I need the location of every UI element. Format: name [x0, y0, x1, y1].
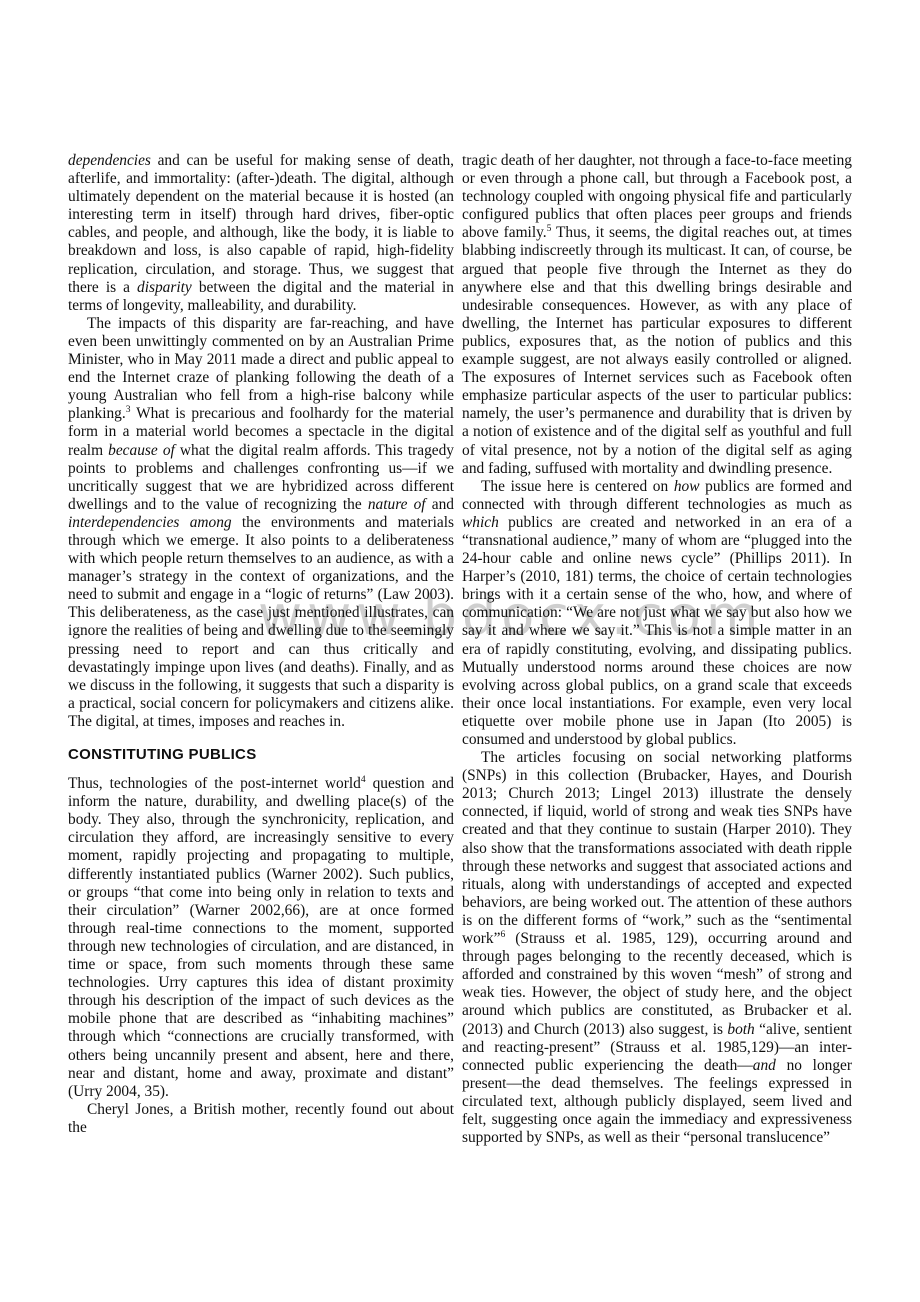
- text-segment: dependencies: [68, 152, 151, 169]
- paragraph: tragic death of her daughter, not throug…: [462, 152, 852, 478]
- text-segment: and can be useful for making sense of de…: [68, 152, 454, 296]
- paragraph: Cheryl Jones, a British mother, recently…: [68, 1101, 454, 1137]
- text-segment: because of: [108, 442, 175, 459]
- section-heading: CONSTITUTING PUBLICS: [68, 746, 454, 764]
- text-segment: which: [462, 514, 499, 531]
- text-segment: Cheryl Jones, a British mother, recently…: [68, 1101, 454, 1136]
- text-segment: both: [727, 1021, 754, 1038]
- paragraph: Thus, technologies of the post-internet …: [68, 775, 454, 1101]
- text-segment: and: [753, 1057, 776, 1074]
- text-segment: and: [426, 496, 454, 513]
- paragraph: The articles focusing on social networki…: [462, 749, 852, 1147]
- text-segment: how: [674, 478, 700, 495]
- text-segment: nature of: [368, 496, 426, 513]
- text-segment: Thus, technologies of the post-internet …: [68, 775, 361, 792]
- text-segment: Thus, it seems, the digital reaches out,…: [462, 224, 852, 476]
- right-text-column: tragic death of her daughter, not throug…: [462, 152, 852, 1147]
- text-segment: interdependencies among: [68, 514, 232, 531]
- paragraph: The impacts of this disparity are far-re…: [68, 315, 454, 731]
- left-text-column: dependencies and can be useful for makin…: [68, 152, 454, 1137]
- paper-page: www.bdocx.com dependencies and can be us…: [0, 0, 920, 1302]
- paragraph: The issue here is centered on how public…: [462, 478, 852, 749]
- text-segment: disparity: [137, 279, 192, 296]
- text-segment: The articles focusing on social networki…: [462, 749, 852, 947]
- text-segment: the environments and materials through w…: [68, 514, 454, 730]
- text-segment: The issue here is centered on: [481, 478, 674, 495]
- paragraph: dependencies and can be useful for makin…: [68, 152, 454, 315]
- text-segment: question and inform the nature, durabili…: [68, 775, 454, 1100]
- text-segment: publics are created and networked in an …: [462, 514, 852, 748]
